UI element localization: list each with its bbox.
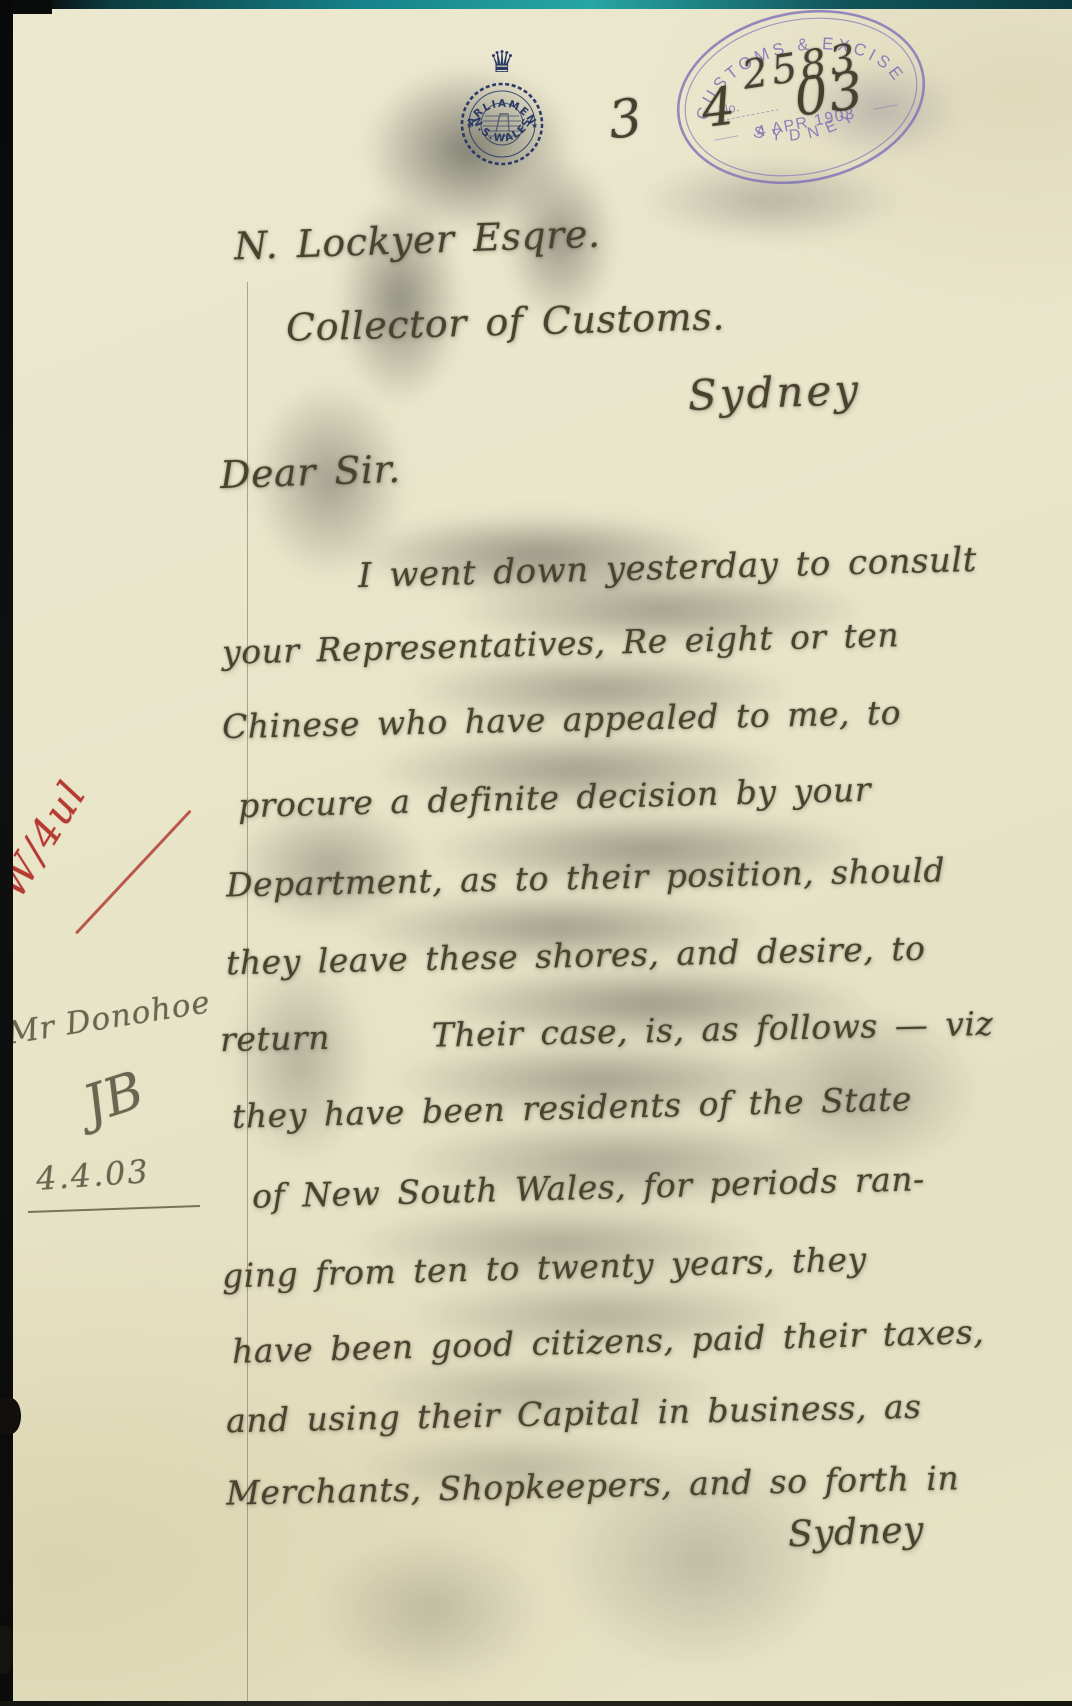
stamp-date-rule-right: [874, 105, 898, 110]
body-line-2: your Representatives, Re eight or ten: [222, 615, 900, 672]
body-line-7: return Their case, is, as follows — viz: [220, 1004, 994, 1059]
svg-text:N.S.WALES: N.S.WALES: [470, 116, 534, 145]
body-line-13: Merchants, Shopkeepers, and so forth in: [226, 1458, 960, 1512]
address-line-city: Sydney: [687, 365, 862, 420]
body-line-10: ging from ten to twenty years, they: [222, 1240, 868, 1296]
body-line-11: have been good citizens, paid their taxe…: [232, 1312, 985, 1371]
body-line-12: and using their Capital in business, as: [226, 1387, 922, 1441]
pencil-date-underline: [28, 1205, 200, 1213]
scan-edge-left: [0, 0, 13, 1706]
body-line-5: Department, as to their position, should: [226, 850, 946, 904]
star-icon: ★: [531, 121, 538, 130]
body-line-14: Sydney: [787, 1510, 924, 1556]
pencil-referral-note: Mr Donohoe: [4, 984, 213, 1052]
body-line-8: they have been residents of the State: [232, 1079, 913, 1136]
star-icon: ★: [466, 121, 473, 130]
salutation: Dear Sir.: [219, 447, 401, 497]
parliament-seal: ♛ PARLIAMENT N.S.WALES ★ ★: [452, 40, 552, 172]
ink-blot-left-edge: [0, 1398, 21, 1434]
body-line-4: procure a definite decision by your: [238, 770, 872, 826]
body-line-9: of New South Wales, for periods ran-: [252, 1159, 926, 1216]
address-line-title: Collector of Customs.: [285, 294, 725, 349]
scan-edge-top: [0, 0, 1072, 9]
body-line-3: Chinese who have appealed to me, to: [222, 693, 902, 746]
crown-icon: ♛: [489, 45, 516, 80]
body-line-6: they leave these shores, and desire, to: [226, 929, 926, 983]
address-line-recipient: N. Lockyer Esqre.: [233, 212, 601, 269]
scan-edge-bottom: [0, 1701, 1072, 1706]
red-ink-underline-stroke: [75, 810, 192, 935]
body-line-1: I went down yesterday to consult: [358, 540, 978, 596]
pencil-initials: JB: [76, 1060, 151, 1135]
ink-blot-left-edge-lower: [0, 1626, 13, 1674]
red-ink-annotation: W/4ul: [0, 773, 96, 906]
pencil-date: 4.4.03: [35, 1152, 151, 1198]
letter-page: ♛ PARLIAMENT N.S.WALES ★ ★ CUSTOMS & EXC…: [0, 0, 1072, 1706]
seal-bottom-text: N.S.WALES: [470, 116, 534, 145]
